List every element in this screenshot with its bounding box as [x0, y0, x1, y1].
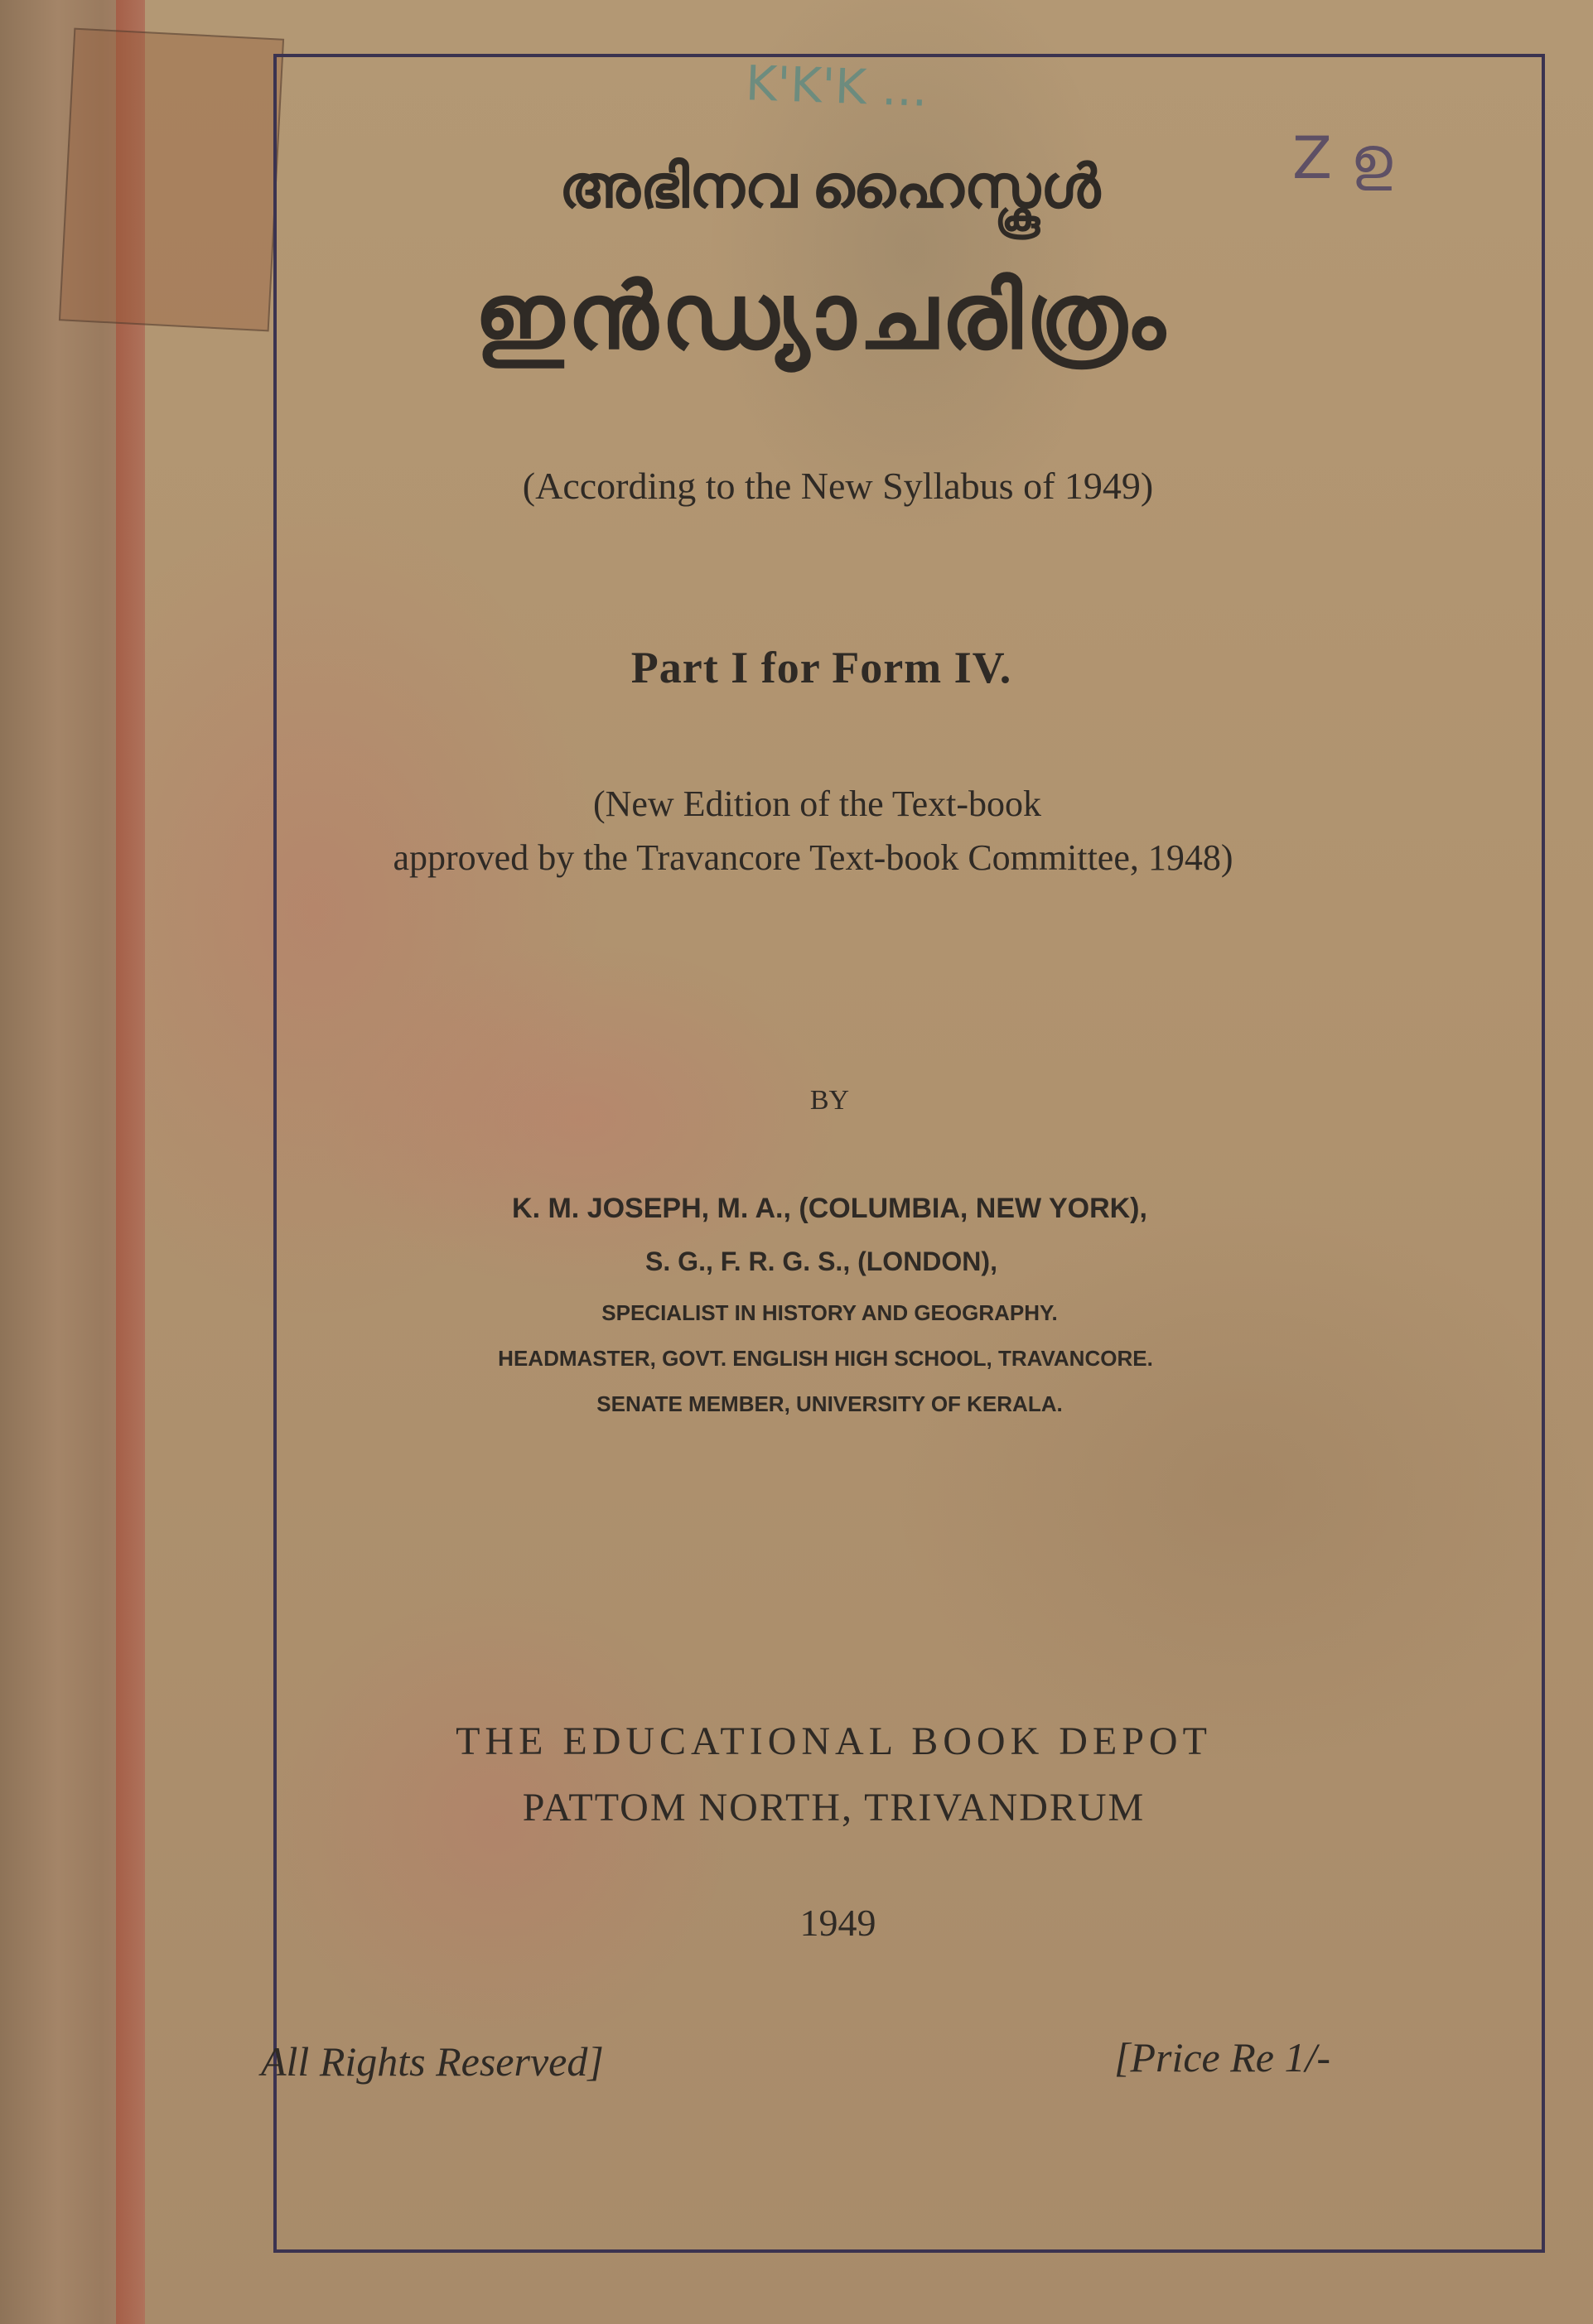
by-label: BY	[0, 1085, 1593, 1116]
author-credentials-1: S. G., F. R. G. S., (LONDON),	[0, 1246, 1593, 1277]
edition-note-line2: approved by the Travancore Text-book Com…	[0, 837, 1593, 879]
edition-note-line1: (New Edition of the Text-book	[0, 783, 1593, 825]
title-malayalam-main: ഇൻഡ്യാചരിത്രം	[0, 265, 1593, 371]
author-credentials-4: SENATE MEMBER, UNIVERSITY OF KERALA.	[0, 1391, 1593, 1417]
publisher-address: PATTOM NORTH, TRIVANDRUM	[0, 1785, 1593, 1830]
rights-notice: All Rights Reserved]	[261, 2037, 604, 2085]
syllabus-note: (According to the New Syllabus of 1949)	[0, 464, 1593, 508]
part-heading: Part I for Form IV.	[0, 642, 1593, 693]
author-credentials-2: SPECIALIST IN HISTORY AND GEOGRAPHY.	[0, 1300, 1593, 1326]
handwritten-owner-name: K'K'K ...	[745, 55, 929, 118]
author-name: K. M. JOSEPH, M. A., (COLUMBIA, NEW YORK…	[0, 1193, 1593, 1225]
publisher-name: THE EDUCATIONAL BOOK DEPOT	[0, 1719, 1593, 1764]
author-credentials-3: HEADMASTER, GOVT. ENGLISH HIGH SCHOOL, T…	[0, 1346, 1593, 1372]
price-notice: [Price Re 1/-	[1114, 2033, 1330, 2081]
title-malayalam-line1: അഭിനവ ഹൈസ്കൂൾ	[0, 153, 1593, 223]
publication-year: 1949	[0, 1901, 1593, 1945]
